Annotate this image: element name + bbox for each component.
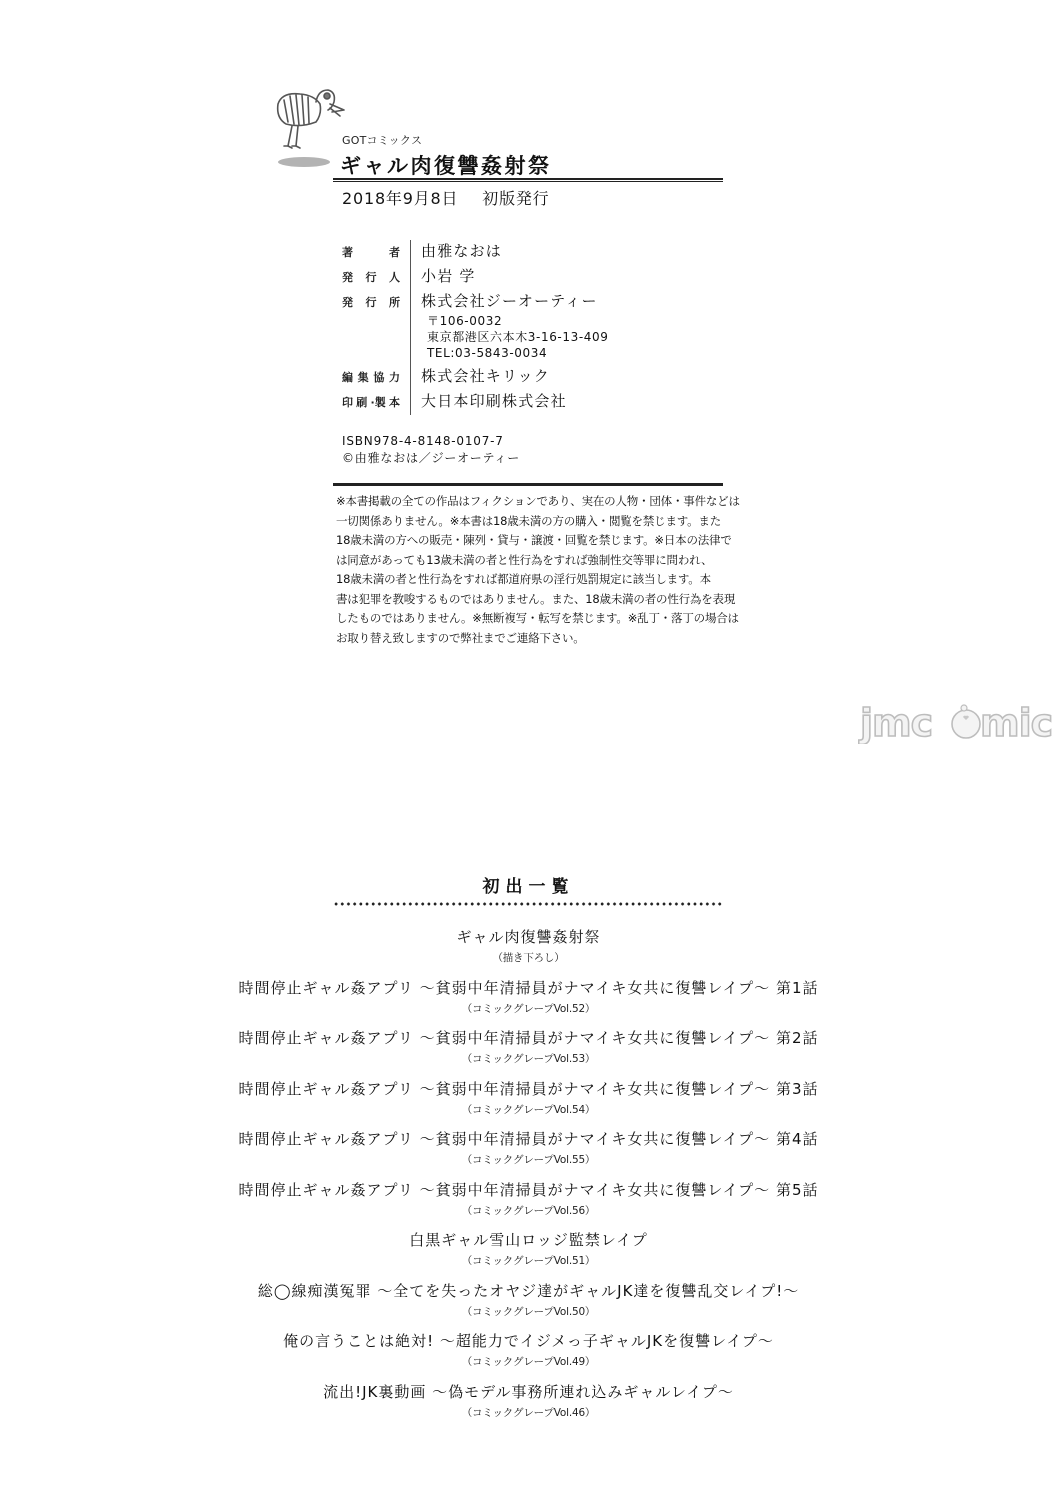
notice-line: は同意があっても13歳未満の者と性行為をすれば強制性交等罪に問われ、: [336, 551, 726, 571]
work-source: （コミックグレープVol.51）: [0, 1252, 1057, 1270]
book-title: ギャル肉復讐姦射祭: [340, 150, 552, 180]
list-item: 白黒ギャル雪山ロッジ監禁レイプ （コミックグレープVol.51）: [0, 1228, 1057, 1279]
credit-label: 著者: [342, 244, 400, 260]
work-title: 時間停止ギャル姦アプリ ～貧弱中年清掃員がナマイキ女共に復讐レイプ～ 第5話: [0, 1178, 1057, 1202]
credit-author: 著者 由雅なおは: [342, 240, 608, 265]
dotted-divider: [333, 901, 723, 907]
jmcomic-watermark: jmc mic: [858, 700, 1054, 744]
work-title: 時間停止ギャル姦アプリ ～貧弱中年清掃員がナマイキ女共に復讐レイプ～ 第3話: [0, 1077, 1057, 1101]
list-item: 総◯線痴漢冤罪 ～全てを失ったオヤジ達がギャルJK達を復讐乱交レイプ!～ （コミ…: [0, 1279, 1057, 1330]
list-item: 時間停止ギャル姦アプリ ～貧弱中年清掃員がナマイキ女共に復讐レイプ～ 第1話 （…: [0, 976, 1057, 1027]
credit-value: 株式会社ジーオーティー: [421, 290, 598, 311]
notice-line: お取り替え致しますので弊社までご連絡下さい。: [336, 629, 726, 649]
work-title: 時間停止ギャル姦アプリ ～貧弱中年清掃員がナマイキ女共に復讐レイプ～ 第4話: [0, 1127, 1057, 1151]
list-item: 時間停止ギャル姦アプリ ～貧弱中年清掃員がナマイキ女共に復讐レイプ～ 第2話 （…: [0, 1026, 1057, 1077]
edition-date: 2018年9月8日: [342, 189, 458, 208]
street-address: 東京都港区六本木3-16-13-409: [427, 329, 608, 345]
work-source: （コミックグレープVol.50）: [0, 1303, 1057, 1321]
list-item: 時間停止ギャル姦アプリ ～貧弱中年清掃員がナマイキ女共に復讐レイプ～ 第3話 （…: [0, 1077, 1057, 1128]
notice-line: 18歳未満の者と性行為をすれば都道府県の淫行処罰規定に該当します。本: [336, 570, 726, 590]
legal-notice: ※本書掲載の全ての作品はフィクションであり、実在の人物・団体・事件などは 一切関…: [336, 492, 726, 648]
list-item: 俺の言うことは絶対! ～超能力でイジメっ子ギャルJKを復讐レイプ～ （コミックグ…: [0, 1329, 1057, 1380]
notice-line: 書は犯罪を教唆するものではありません。また、18歳未満の者の性行為を表現: [336, 590, 726, 610]
credit-label: 発行所: [342, 294, 400, 310]
credit-printing: 印刷·製本 大日本印刷株式会社: [342, 390, 608, 415]
credit-value: 株式会社キリック: [421, 365, 550, 386]
work-title: 俺の言うことは絶対! ～超能力でイジメっ子ギャルJKを復讐レイプ～: [0, 1329, 1057, 1353]
work-source: （コミックグレープVol.55）: [0, 1151, 1057, 1169]
work-source: （描き下ろし）: [0, 949, 1057, 967]
first-appearance-list: ギャル肉復讐姦射祭 （描き下ろし） 時間停止ギャル姦アプリ ～貧弱中年清掃員がナ…: [0, 925, 1057, 1430]
publisher-bird-logo-icon: [270, 84, 350, 174]
credit-publisher-person: 発行人 小岩 学: [342, 265, 608, 290]
work-source: （コミックグレープVol.49）: [0, 1353, 1057, 1371]
list-item: 流出!JK裏動画 ～偽モデル事務所連れ込みギャルレイプ～ （コミックグレープVo…: [0, 1380, 1057, 1431]
postal-code: 〒106-0032: [427, 313, 608, 329]
work-title: 時間停止ギャル姦アプリ ～貧弱中年清掃員がナマイキ女共に復讐レイプ～ 第2話: [0, 1026, 1057, 1050]
work-source: （コミックグレープVol.56）: [0, 1202, 1057, 1220]
credit-value: 大日本印刷株式会社: [421, 390, 567, 411]
publisher-address: 〒106-0032 東京都港区六本木3-16-13-409 TEL:03-584…: [427, 313, 608, 361]
work-title: 時間停止ギャル姦アプリ ～貧弱中年清掃員がナマイキ女共に復讐レイプ～ 第1話: [0, 976, 1057, 1000]
series-name: GOTコミックス: [342, 132, 422, 148]
title-divider: [333, 178, 723, 182]
credit-label: 編集協力: [342, 369, 400, 385]
edition-label: 初版発行: [482, 189, 549, 208]
credit-editorial-cooperation: 編集協力 株式会社キリック: [342, 365, 608, 390]
notice-line: したものではありません。※無断複写・転写を禁じます。※乱丁・落丁の場合は: [336, 609, 726, 629]
work-source: （コミックグレープVol.46）: [0, 1404, 1057, 1422]
copyright: ©由雅なおは／ジーオーティー: [342, 450, 520, 467]
credit-publisher: 発行所 株式会社ジーオーティー: [342, 290, 608, 313]
list-item: 時間停止ギャル姦アプリ ～貧弱中年清掃員がナマイキ女共に復讐レイプ～ 第4話 （…: [0, 1127, 1057, 1178]
notice-divider: [333, 483, 723, 486]
notice-line: 18歳未満の方への販売・陳列・貸与・譲渡・回覧を禁じます。※日本の法律で: [336, 531, 726, 551]
work-title: 白黒ギャル雪山ロッジ監禁レイプ: [0, 1228, 1057, 1252]
isbn-block: ISBN978-4-8148-0107-7 ©由雅なおは／ジーオーティー: [342, 433, 520, 467]
list-item: ギャル肉復讐姦射祭 （描き下ろし）: [0, 925, 1057, 976]
first-appearance-heading: 初出一覧: [0, 872, 1057, 897]
credit-label: 発行人: [342, 269, 400, 285]
mascot-face-icon: [952, 705, 980, 738]
svg-text:jmc: jmc: [858, 701, 932, 744]
work-title: 流出!JK裏動画 ～偽モデル事務所連れ込みギャルレイプ～: [0, 1380, 1057, 1404]
work-title: ギャル肉復讐姦射祭: [0, 925, 1057, 949]
telephone: TEL:03-5843-0034: [427, 345, 608, 361]
list-item: 時間停止ギャル姦アプリ ～貧弱中年清掃員がナマイキ女共に復讐レイプ～ 第5話 （…: [0, 1178, 1057, 1229]
isbn: ISBN978-4-8148-0107-7: [342, 433, 520, 450]
edition-line: 2018年9月8日初版発行: [342, 186, 549, 209]
svg-text:mic: mic: [980, 701, 1052, 744]
credit-label: 印刷·製本: [342, 394, 400, 410]
work-source: （コミックグレープVol.53）: [0, 1050, 1057, 1068]
credits-block: 著者 由雅なおは 発行人 小岩 学 発行所 株式会社ジーオーティー 〒106-0…: [342, 240, 608, 415]
notice-line: ※本書掲載の全ての作品はフィクションであり、実在の人物・団体・事件などは: [336, 492, 726, 512]
credit-value: 小岩 学: [421, 265, 476, 286]
work-title: 総◯線痴漢冤罪 ～全てを失ったオヤジ達がギャルJK達を復讐乱交レイプ!～: [0, 1279, 1057, 1303]
credit-value: 由雅なおは: [421, 240, 502, 261]
work-source: （コミックグレープVol.52）: [0, 1000, 1057, 1018]
notice-line: 一切関係ありません。※本書は18歳未満の方の購入・閲覧を禁じます。また: [336, 512, 726, 532]
work-source: （コミックグレープVol.54）: [0, 1101, 1057, 1119]
